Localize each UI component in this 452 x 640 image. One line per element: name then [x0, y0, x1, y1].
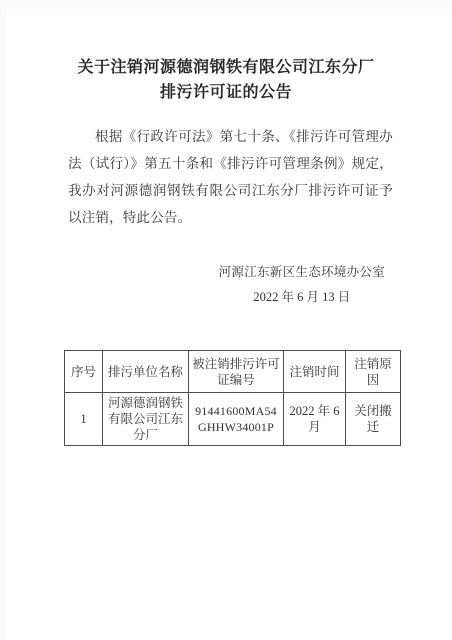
table-body: 1 河源德润钢铁有限公司江东分厂 91441600MA54GHHW34001P …	[65, 393, 401, 446]
column-header-permit-no: 被注销排污许可证编号	[189, 351, 284, 393]
table-header: 序号 排污单位名称 被注销排污许可证编号 注销时间 注销原因	[65, 351, 401, 393]
cell-cancel-time: 2022 年 6 月	[284, 393, 346, 446]
scan-edge-top	[0, 0, 452, 9]
column-header-company: 排污单位名称	[103, 351, 189, 393]
table-header-row: 序号 排污单位名称 被注销排污许可证编号 注销时间 注销原因	[65, 351, 401, 393]
issuing-office-name: 河源江东新区生态环境办公室	[219, 265, 385, 280]
issue-date: 2022 年 6 月 13 日	[219, 290, 385, 305]
announcement-body-paragraph: 根据《行政许可法》第七十条、《排污许可管理办法（试行）》第五十条和《排污许可管理…	[68, 123, 393, 231]
announcement-document: 关于注销河源德润钢铁有限公司江东分厂 排污许可证的公告 根据《行政许可法》第七十…	[0, 0, 452, 640]
cell-permit-number: 91441600MA54GHHW34001P	[189, 393, 284, 446]
signature-block: 河源江东新区生态环境办公室 2022 年 6 月 13 日	[0, 265, 385, 306]
cell-cancel-reason: 关闭搬迁	[346, 393, 401, 446]
table-row: 1 河源德润钢铁有限公司江东分厂 91441600MA54GHHW34001P …	[65, 393, 401, 446]
page-title-line-1: 关于注销河源德润钢铁有限公司江东分厂	[77, 59, 374, 76]
cancellation-table: 序号 排污单位名称 被注销排污许可证编号 注销时间 注销原因 1 河源德润钢铁有…	[64, 350, 401, 446]
column-header-reason: 注销原因	[346, 351, 401, 393]
page-title-line-2: 排污许可证的公告	[160, 84, 292, 101]
column-header-cancel-time: 注销时间	[284, 351, 346, 393]
scan-edge-left	[0, 0, 7, 640]
cell-index: 1	[65, 393, 103, 446]
signature-inner: 河源江东新区生态环境办公室 2022 年 6 月 13 日	[219, 265, 385, 305]
page-title: 关于注销河源德润钢铁有限公司江东分厂 排污许可证的公告	[38, 55, 414, 105]
cell-company-name: 河源德润钢铁有限公司江东分厂	[103, 393, 189, 446]
column-header-index: 序号	[65, 351, 103, 393]
